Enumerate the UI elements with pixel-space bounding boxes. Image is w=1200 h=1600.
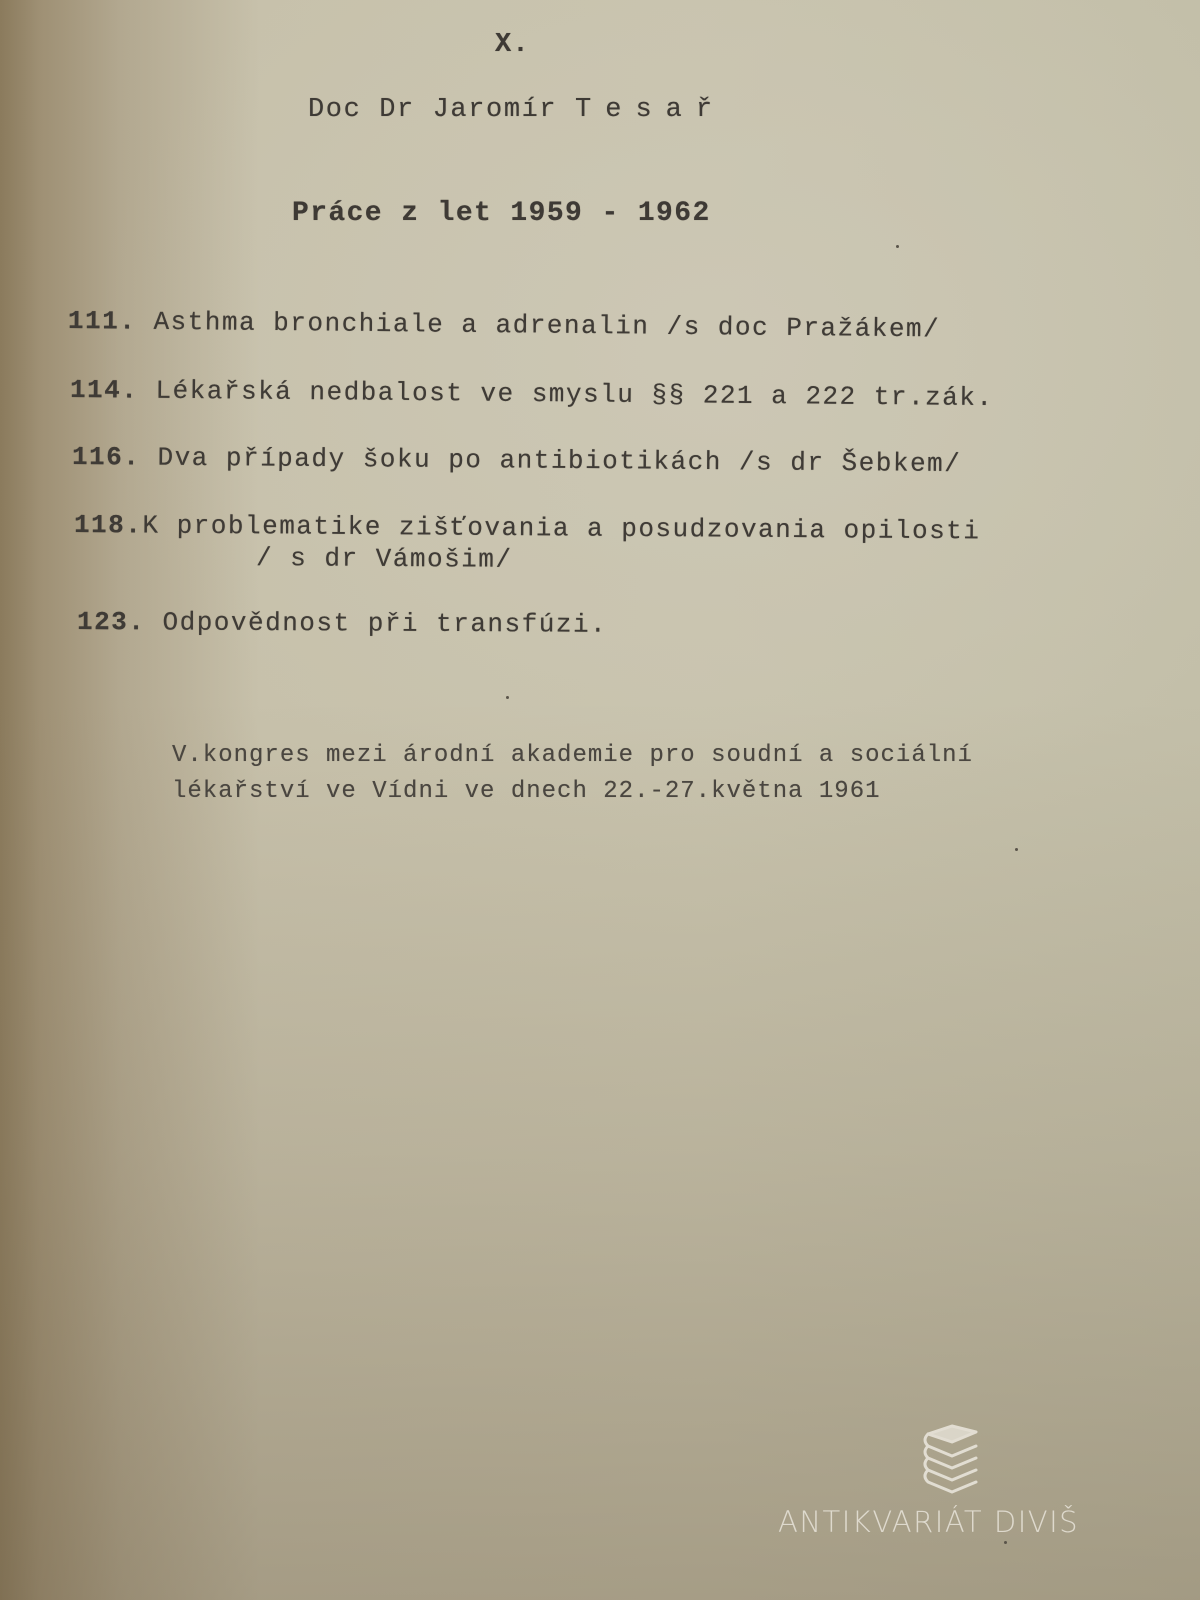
entry-title: Dva případy šoku po antibiotikách /s dr … (140, 443, 961, 479)
section-numeral: X. (495, 30, 530, 60)
entry-continuation: / s dr Vámošim/ (256, 543, 513, 575)
entry-title: Lékařská nedbalost ve smyslu §§ 221 a 22… (138, 376, 993, 413)
entry-number: 114. (70, 375, 139, 406)
list-item: 116. Dva případy šoku po antibiotikách /… (72, 442, 962, 479)
book-stack-icon (918, 1420, 984, 1495)
list-item: 118.K problematike zišťovania a posudzov… (74, 510, 981, 546)
author-surname: Tesař (575, 95, 726, 125)
list-item: 123. Odpovědnost při transfúzi. (77, 607, 607, 640)
author-prefix: Doc Dr Jaromír (308, 95, 575, 125)
congress-note-line-1: V.kongres mezi árodní akademie pro soudn… (172, 742, 973, 769)
entry-number: 111. (68, 306, 137, 337)
watermark: ANTIKVARIÁT DIVIŠ (770, 1420, 1150, 1560)
entry-title: Asthma bronchiale a adrenalin /s doc Pra… (136, 307, 940, 345)
paper-speck (506, 696, 509, 699)
paper-speck (896, 245, 899, 248)
entry-number: 116. (72, 442, 141, 473)
document-subtitle: Práce z let 1959 - 1962 (292, 198, 711, 229)
entry-number: 118. (74, 510, 143, 540)
congress-note-line-2: lékařství ve Vídni ve dnech 22.-27.květn… (172, 778, 881, 805)
watermark-text: ANTIKVARIÁT DIVIŠ (778, 1505, 1148, 1539)
list-item: 111. Asthma bronchiale a adrenalin /s do… (68, 306, 940, 344)
paper-speck (1015, 848, 1018, 851)
author-line: Doc Dr Jaromír Tesař (308, 95, 726, 125)
entry-title: K problematike zišťovania a posudzovania… (142, 510, 980, 546)
entry-title: Odpovědnost při transfúzi. (145, 607, 607, 639)
list-item: 114. Lékařská nedbalost ve smyslu §§ 221… (70, 375, 994, 413)
entry-number: 123. (77, 607, 146, 637)
